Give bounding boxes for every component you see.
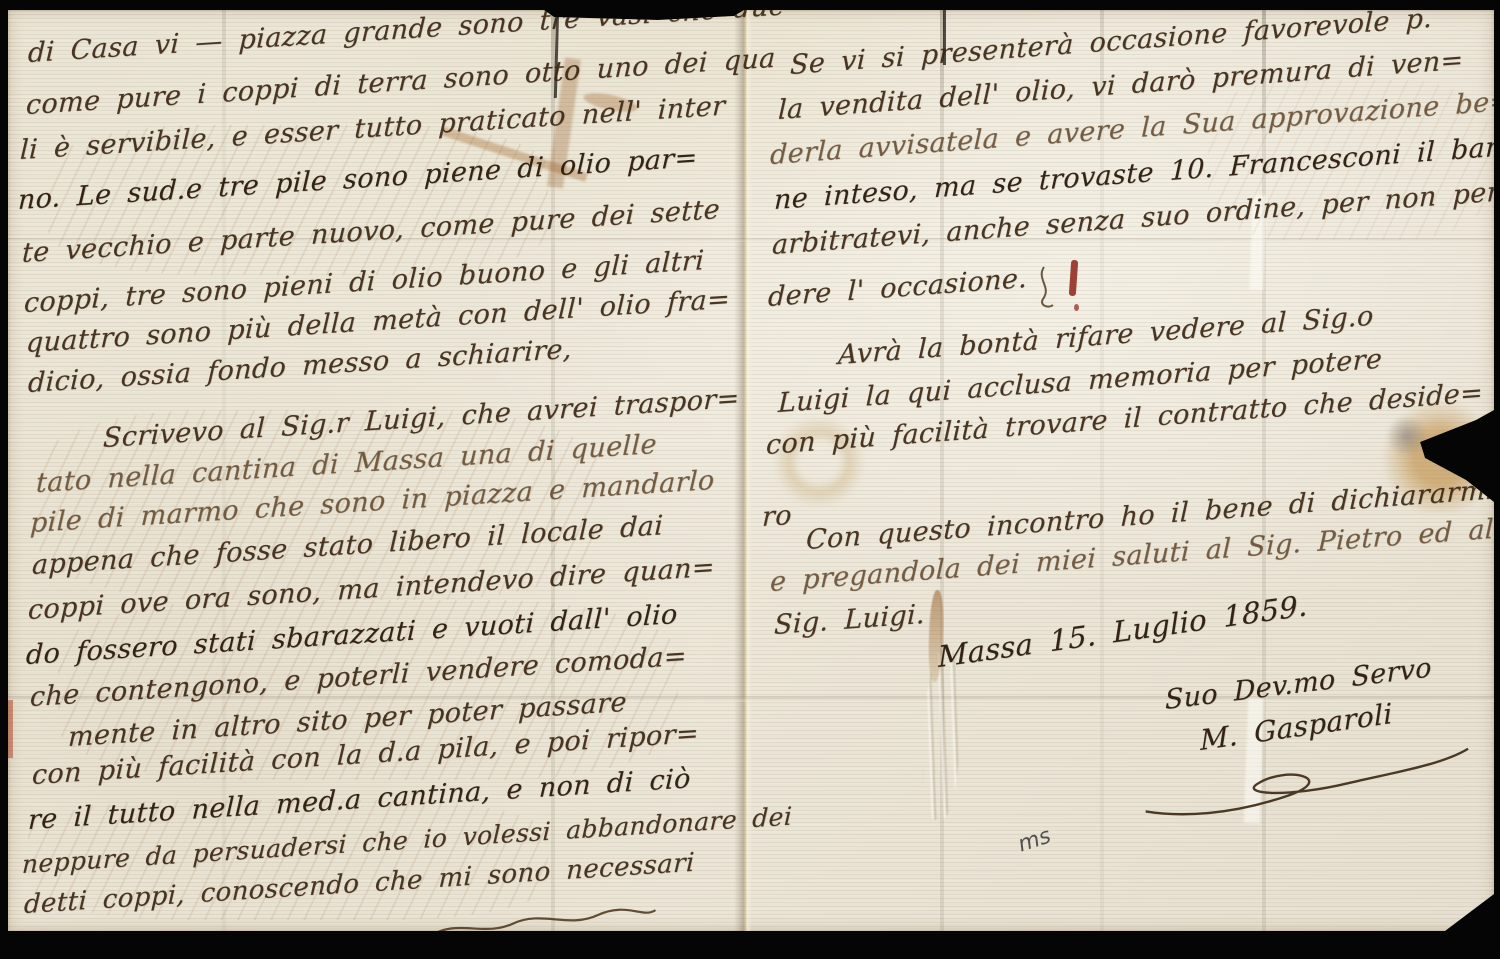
handwritten-line: dere l' occasione. — [768, 263, 1028, 313]
handwritten-line: ro — [762, 500, 793, 533]
dateline: Massa 15. Luglio 1859. — [937, 588, 1308, 674]
red-ink-dot — [1074, 304, 1079, 311]
fold-crease-center — [734, 10, 752, 931]
red-ink-mark — [1069, 260, 1078, 296]
fold-crease-vertical-3 — [1100, 10, 1104, 931]
handwritten-line: Sig. Luigi. — [774, 599, 926, 641]
pen-flourish — [1034, 265, 1056, 311]
letter-paper: di Casa vi — piazza grande sono tre vasi… — [8, 10, 1494, 931]
paper-wrinkle — [920, 649, 965, 821]
signature-paraph — [1136, 738, 1480, 826]
pencil-annotation: ms — [1015, 824, 1054, 858]
letter-scan: di Casa vi — piazza grande sono tre vasi… — [0, 0, 1500, 959]
smudge-stain — [1383, 418, 1431, 454]
edge-discoloration — [8, 700, 13, 758]
